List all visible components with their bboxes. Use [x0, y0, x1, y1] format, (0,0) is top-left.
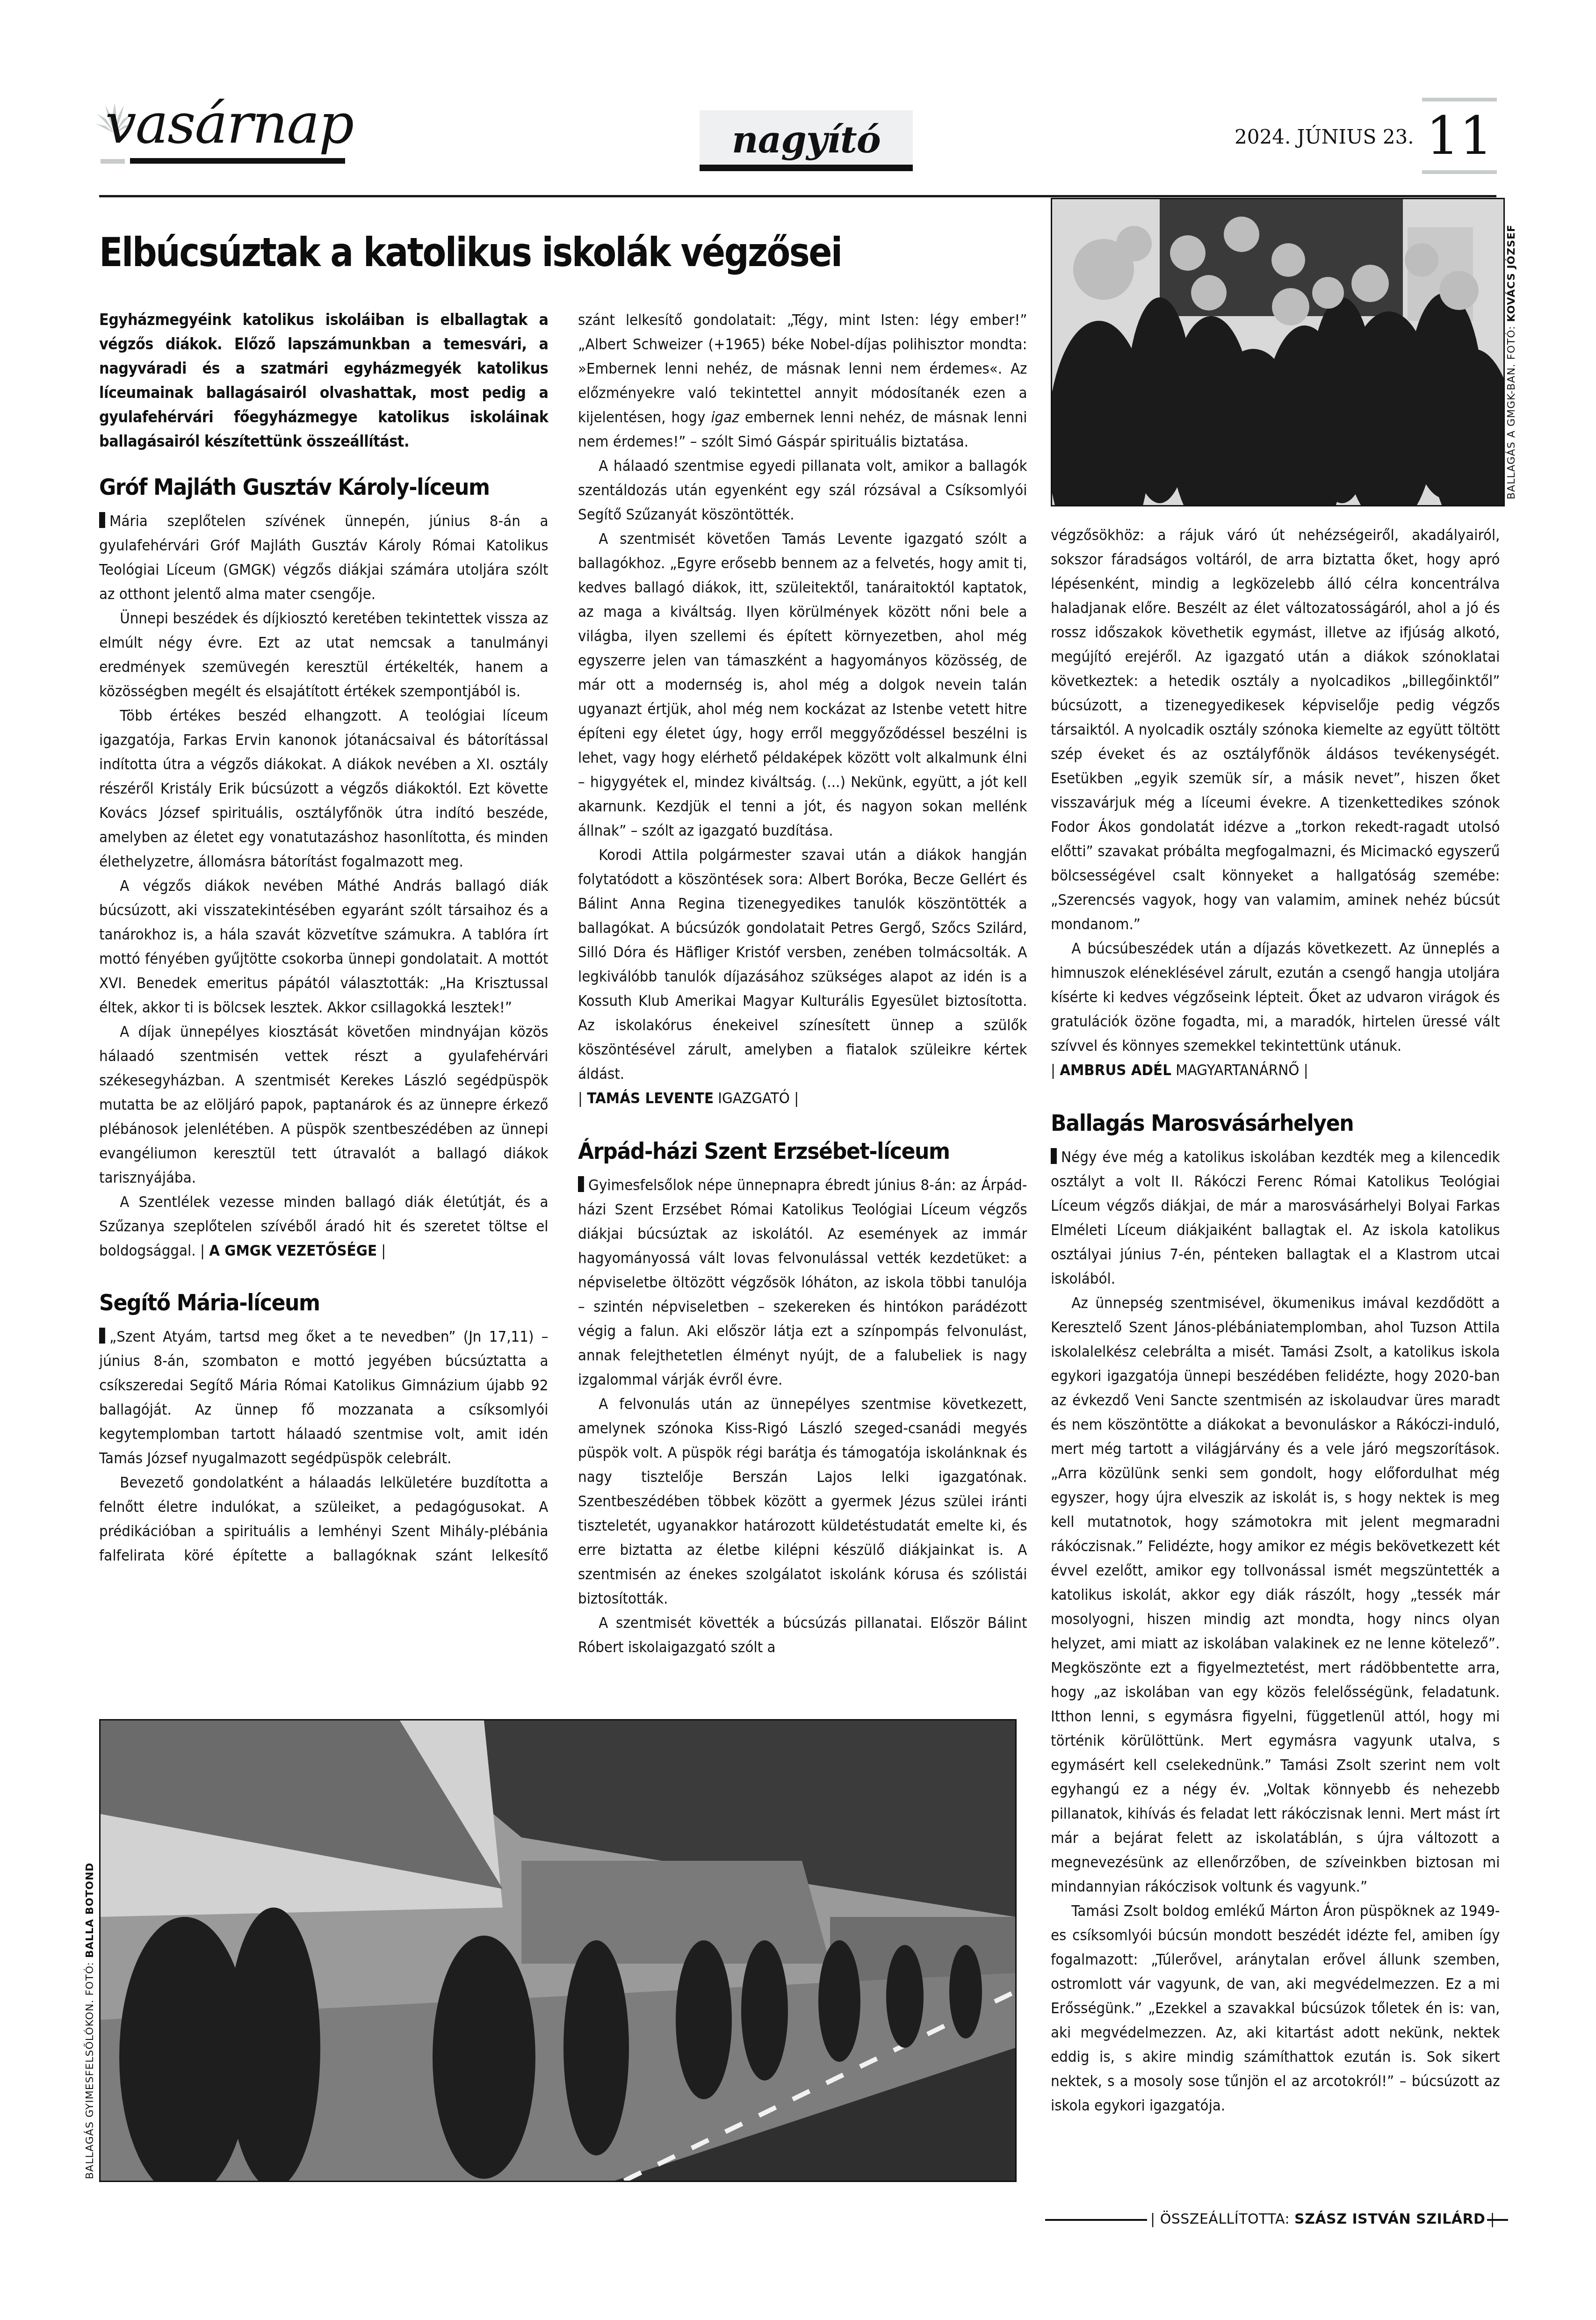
- paragraph: „Szent Atyám, tartsd meg őket a te neved…: [99, 1324, 548, 1470]
- signature-line: | TAMÁS LEVENTE IGAZGATÓ |: [578, 1086, 1027, 1110]
- parade-photo-image: [101, 1720, 1015, 2181]
- compiled-by-label: ÖSSZEÁLLÍTOTTA:: [1160, 2211, 1290, 2227]
- credit-rule-right: [1487, 2219, 1508, 2221]
- page-number: 11: [1422, 110, 1497, 162]
- logo-wordmark: vasárnap: [105, 96, 353, 151]
- photo-credit-parade: BALLAGÁS GYIMESFELSŐLÓKON. FOTÓ: BALLA B…: [84, 1862, 96, 2179]
- article-lead: Egyházmegyéink katolikus iskoláiban is e…: [99, 308, 548, 454]
- paragraph: Bevezető gondolatként a hálaadás lelküle…: [99, 1470, 548, 1568]
- paragraph-continued: szánt lelkesítő gondolatait: „Tégy, mint…: [578, 308, 1027, 454]
- section-tag: nagyító: [700, 110, 913, 171]
- paragraph-marker: [1051, 1148, 1057, 1164]
- author-signature: A GMGK VEZETŐSÉGE: [209, 1242, 377, 1259]
- logo-underline: [130, 158, 345, 164]
- paragraph: Négy éve még a katolikus iskolában kezdt…: [1051, 1145, 1500, 1291]
- paragraph: A Szentlélek vezesse minden ballagó diák…: [99, 1190, 548, 1263]
- column-3: végzősökhöz: a rájuk váró út nehézségeir…: [1051, 523, 1500, 2118]
- graduates-photo-image: [1052, 199, 1503, 505]
- paragraph-continued: végzősökhöz: a rájuk váró út nehézségeir…: [1051, 523, 1500, 936]
- credit-rule-left: [1045, 2219, 1147, 2221]
- compiled-by-credit: | ÖSSZEÁLLÍTOTTA: SZÁSZ ISTVÁN SZILÁRD |: [1045, 2211, 1508, 2230]
- page-number-bottom-bar: [1422, 170, 1497, 174]
- issue-date: 2024. JÚNIUS 23.: [1235, 125, 1414, 148]
- header-rule: [99, 195, 1496, 197]
- paragraph: Több értékes beszéd elhangzott. A teológ…: [99, 703, 548, 874]
- author-signature: TAMÁS LEVENTE: [587, 1089, 714, 1107]
- paragraph: A díjak ünnepélyes kiosztását követően m…: [99, 1019, 548, 1190]
- paragraph: A szentmisét követően Tamás Levente igaz…: [578, 527, 1027, 843]
- photo-credit-graduates: BALLAGÁS A GMGK-BAN. FOTÓ: KOVÁCS JÓZSEF: [1506, 224, 1517, 499]
- column-1: Egyházmegyéink katolikus iskoláiban is e…: [99, 308, 548, 1568]
- section-title-majlath: Gróf Majláth Gusztáv Károly-líceum: [99, 473, 548, 501]
- paragraph: Az ünnepség szentmisével, ökumenikus imá…: [1051, 1291, 1500, 1899]
- section-title-arpad-hazi: Árpád-házi Szent Erzsébet-líceum: [578, 1137, 1027, 1165]
- section-title-segito-maria: Segítő Mária-líceum: [99, 1289, 548, 1317]
- photo-credit-label: BALLAGÁS GYIMESFELSŐLÓKON. FOTÓ:: [84, 1962, 96, 2179]
- paragraph: Gyimesfelsőlok népe ünnepnapra ébredt jú…: [578, 1173, 1027, 1392]
- paragraph: A hálaadó szentmise egyedi pillanata vol…: [578, 454, 1027, 527]
- photographer-name: KOVÁCS JÓZSEF: [1506, 224, 1517, 322]
- photo-graduates-group[interactable]: [1051, 198, 1505, 506]
- page-number-top-bar: [1422, 98, 1497, 101]
- page-number-box: 11: [1422, 98, 1497, 173]
- article-headline: Elbúcsúztak a katolikus iskolák végzősei: [99, 229, 842, 276]
- paragraph: A szentmisét követték a búcsúzás pillana…: [578, 1611, 1027, 1659]
- logo-underline-accent: [101, 159, 125, 164]
- column-2: szánt lelkesítő gondolatait: „Tégy, mint…: [578, 308, 1027, 1692]
- paragraph-marker: [99, 512, 105, 528]
- photo-credit-label: BALLAGÁS A GMGK-BAN. FOTÓ:: [1506, 325, 1517, 499]
- paragraph: A végzős diákok nevében Máthé András bal…: [99, 874, 548, 1019]
- signature-line: | AMBRUS ADÉL MAGYARTANÁRNŐ |: [1051, 1058, 1500, 1082]
- photographer-name: BALLA BOTOND: [84, 1862, 96, 1958]
- paragraph: Korodi Attila polgármester szavai után a…: [578, 843, 1027, 1086]
- paragraph: A búcsúbeszédek után a díjazás következe…: [1051, 936, 1500, 1058]
- paragraph-marker: [578, 1176, 584, 1192]
- paragraph: Mária szeplőtelen szívének ünnepén, júni…: [99, 509, 548, 606]
- paragraph: Ünnepi beszédek és díjkiosztó keretében …: [99, 606, 548, 703]
- section-title-marosvasarhely: Ballagás Marosvásárhelyen: [1051, 1109, 1500, 1137]
- compiler-name: SZÁSZ ISTVÁN SZILÁRD: [1294, 2211, 1485, 2227]
- paragraph: A felvonulás után az ünnepélyes szentmis…: [578, 1392, 1027, 1611]
- section-tag-label: nagyító: [700, 119, 913, 161]
- paragraph-marker: [99, 1328, 105, 1344]
- photo-horse-parade[interactable]: [99, 1719, 1017, 2182]
- paragraph: Tamási Zsolt boldog emlékű Márton Áron p…: [1051, 1899, 1500, 2118]
- author-signature: AMBRUS ADÉL: [1060, 1061, 1171, 1079]
